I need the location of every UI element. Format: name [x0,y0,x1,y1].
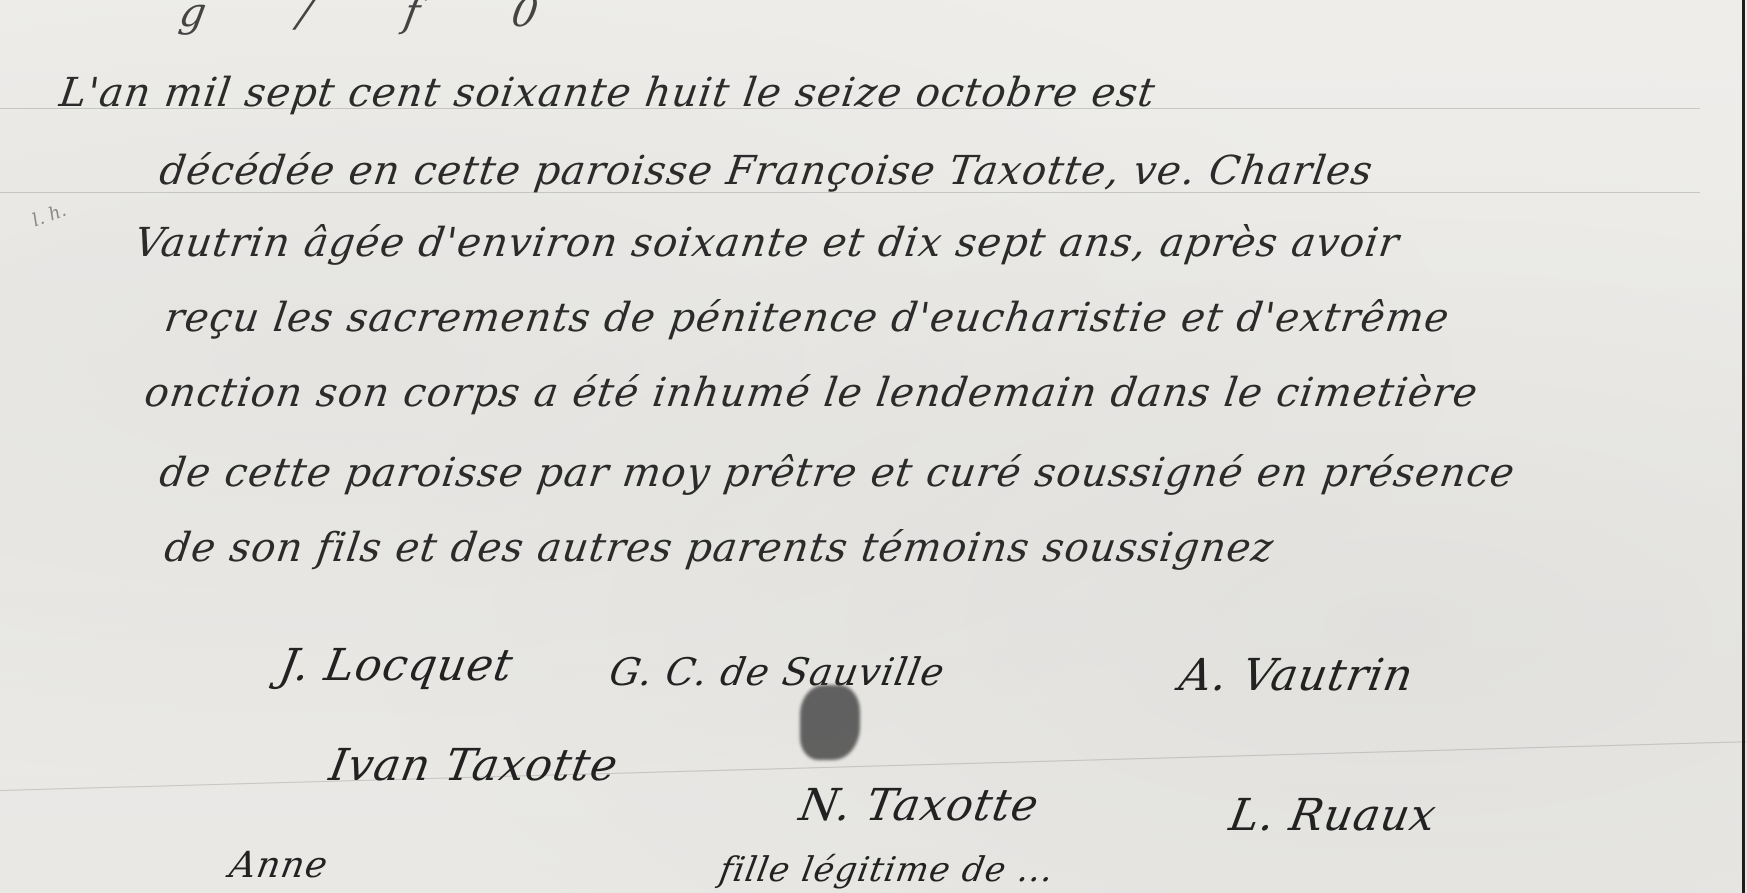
margin-note: l. h. [29,200,69,232]
signature-ruaux: L. Ruaux [1226,790,1441,841]
entry-line-1: L'an mil sept cent soixante huit le seiz… [57,70,1159,116]
signature-sauville: G. C. de Sauville [606,650,948,694]
signature-n-taxotte: N. Taxotte [796,780,1044,831]
page-edge [1742,0,1745,893]
entry-line-5: onction son corps a été inhumé le lendem… [142,370,1481,416]
signature-vautrin: A. Vautrin [1176,650,1418,701]
next-entry-name: Anne [226,845,331,886]
signature-ivan-taxotte: Ivan Taxotte [326,740,623,791]
entry-line-7: de son fils et des autres parents témoin… [162,525,1277,571]
entry-line-3: Vautrin âgée d'environ soixante et dix s… [132,220,1403,266]
previous-entry-fragment: g / f 0 [176,0,582,36]
entry-line-4: reçu les sacrements de pénitence d'eucha… [162,295,1453,341]
register-page: g / f 0 l. h. L'an mil sept cent soixant… [0,0,1747,893]
ink-blot [800,685,860,760]
entry-line-6: de cette paroisse par moy prêtre et curé… [157,450,1518,496]
entry-line-2: décédée en cette paroisse Françoise Taxo… [157,148,1376,194]
signature-locquet: J. Locquet [276,640,518,691]
next-entry-text: fille légitime de ... [716,850,1057,890]
